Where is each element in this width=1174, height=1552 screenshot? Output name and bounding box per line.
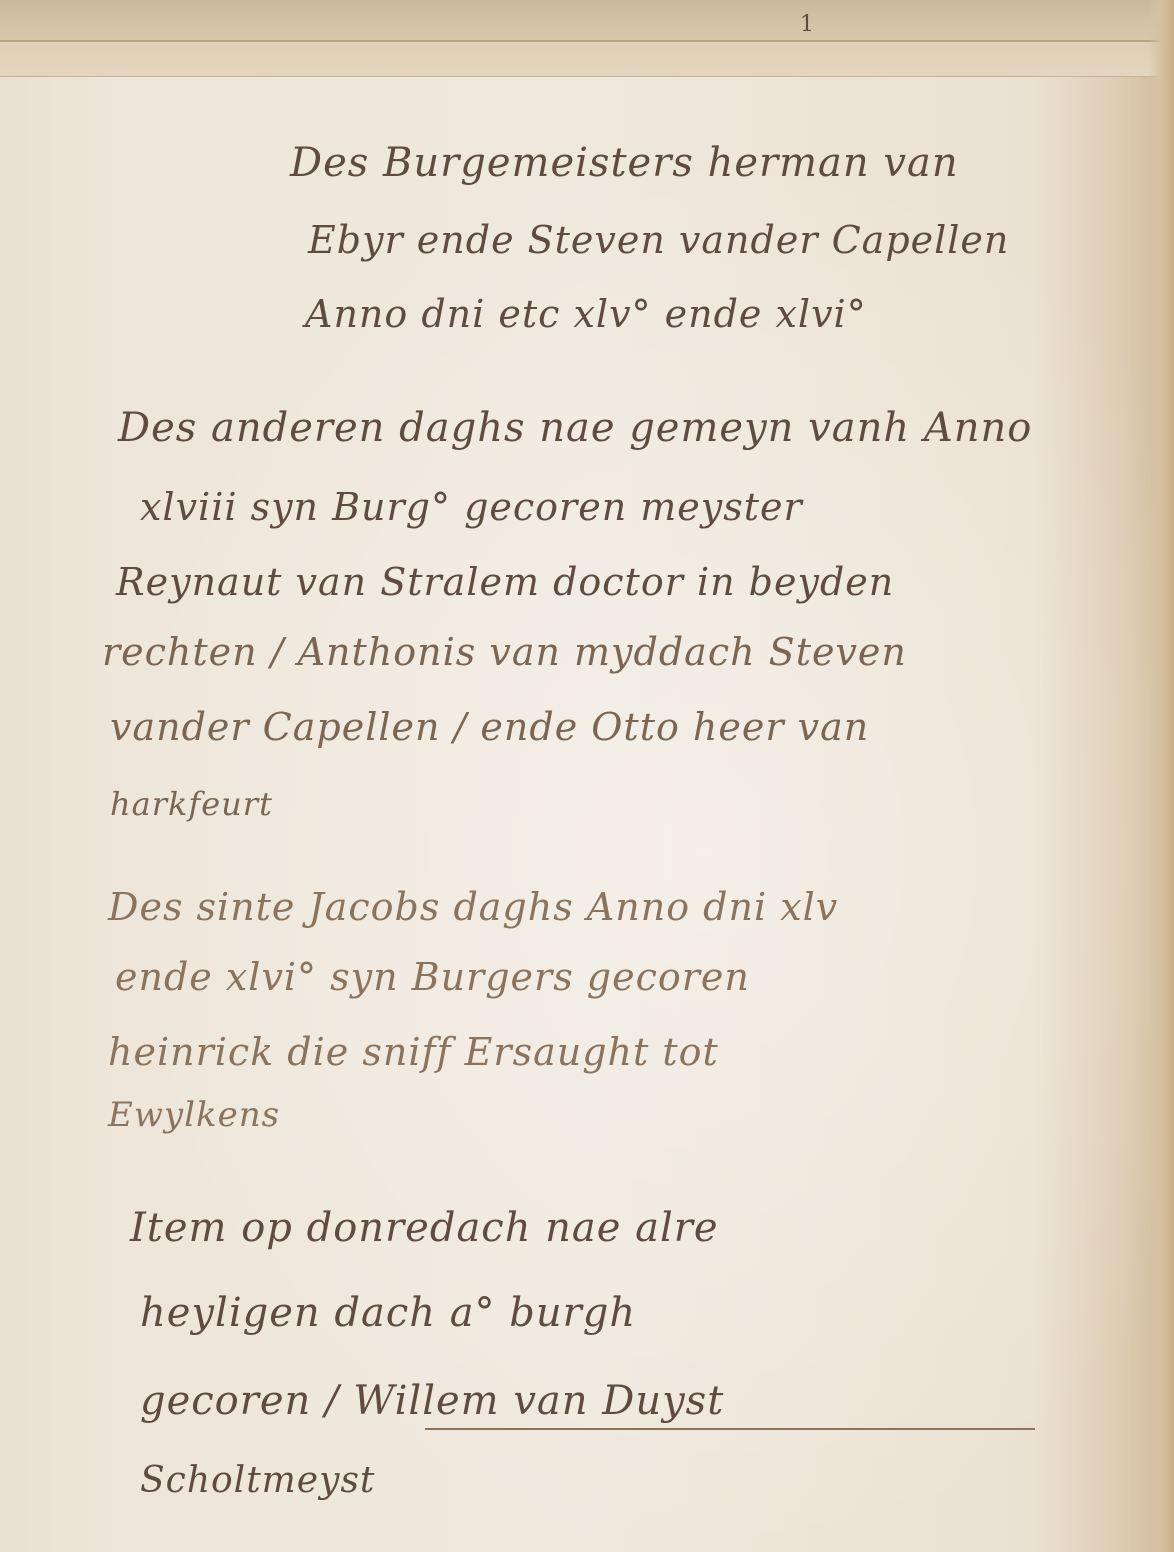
entry2-line-4: Ewylkens: [108, 1095, 280, 1135]
handwritten-text: Des Burgemeisters herman van Ebyr ende S…: [0, 0, 1174, 1552]
entry1-line-6: harkfeurt: [110, 785, 273, 823]
entry1-line-5: vander Capellen / ende Otto heer van: [110, 705, 869, 749]
heading-line-1: Des Burgemeisters herman van: [290, 140, 959, 186]
heading-line-3: Anno dni etc xlv° ende xlvi°: [305, 292, 867, 336]
entry2-line-2: ende xlvi° syn Burgers gecoren: [115, 955, 750, 999]
entry1-line-2: xlviii syn Burg° gecoren meyster: [140, 485, 803, 529]
entry2-line-3: heinrick die sniff Ersaught tot: [108, 1030, 719, 1074]
entry2-line-1: Des sinte Jacobs daghs Anno dni xlv: [108, 885, 838, 929]
entry3-line-3: gecoren / Willem van Duyst: [140, 1378, 724, 1424]
entry3-line-4: Scholtmeyst: [140, 1460, 375, 1501]
name-underline: [425, 1428, 1035, 1430]
entry1-line-3: Reynaut van Stralem doctor in beyden: [116, 560, 894, 604]
manuscript-page: 1 Des Burgemeisters herman van Ebyr ende…: [0, 0, 1174, 1552]
entry1-line-1: Des anderen daghs nae gemeyn vanh Anno: [118, 405, 1032, 451]
entry3-line-1: Item op donredach nae alre: [130, 1205, 719, 1251]
entry1-line-4: rechten / Anthonis van myddach Steven: [102, 630, 907, 674]
entry3-line-2: heyligen dach a° burgh: [140, 1290, 636, 1336]
heading-line-2: Ebyr ende Steven vander Capellen: [308, 218, 1009, 262]
